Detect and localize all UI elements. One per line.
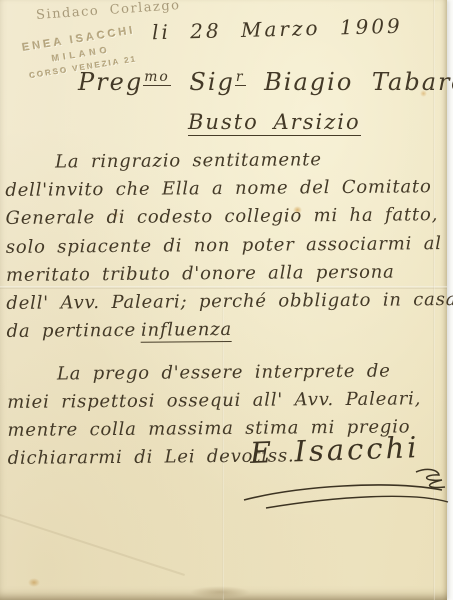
horizontal-fold-crease	[0, 286, 447, 289]
letter-scan: Sindaco Corlazgo ENEA ISACCHI MILANO COR…	[0, 0, 453, 600]
body-line: La ringrazio sentitamente	[55, 149, 322, 172]
diagonal-corner-crease	[0, 506, 185, 576]
body-line: miei rispettosi ossequi all' Avv. Palear…	[7, 388, 421, 413]
addressee-title-superscript: r	[235, 69, 246, 86]
foxing-spot	[28, 578, 40, 587]
body-line: da pertinaceinfluenza	[6, 319, 232, 342]
addressee-city: Busto Arsizio	[188, 110, 361, 136]
body-line: meritato tributo d'onore alla persona	[6, 262, 395, 286]
body-line-text: da pertinace	[6, 320, 136, 342]
addressee-name: Biagio Tabardi	[264, 68, 453, 96]
body-line: solo spiacente di non poter associarmi a…	[6, 233, 442, 258]
bottom-edge-smudge	[190, 586, 250, 598]
signature: E Isacchi	[249, 430, 420, 470]
body-line: dell'invito che Ella a nome del Comitato	[5, 176, 431, 201]
addressee-title: Sig	[189, 68, 234, 96]
addressee-honorific-superscript: mo	[143, 69, 171, 86]
body-line: dell' Avv. Paleari; perché obbligato in …	[6, 289, 453, 314]
body-line: Generale di codesto collegio mi ha fatto…	[5, 204, 438, 229]
signature-flourish	[238, 466, 450, 516]
addressee-honorific: Preg	[78, 68, 143, 96]
addressee-line: Pregmo Sigr Biagio Tabardi	[78, 68, 453, 96]
letter-date: li 28 Marzo 1909	[152, 14, 403, 45]
underlined-word-influenza: influenza	[141, 319, 232, 343]
letter-body: La ringrazio sentitamente dell'invito ch…	[5, 148, 447, 152]
body-line: La prego d'essere interprete de	[57, 361, 391, 385]
letter-paper: Sindaco Corlazgo ENEA ISACCHI MILANO COR…	[0, 0, 447, 600]
